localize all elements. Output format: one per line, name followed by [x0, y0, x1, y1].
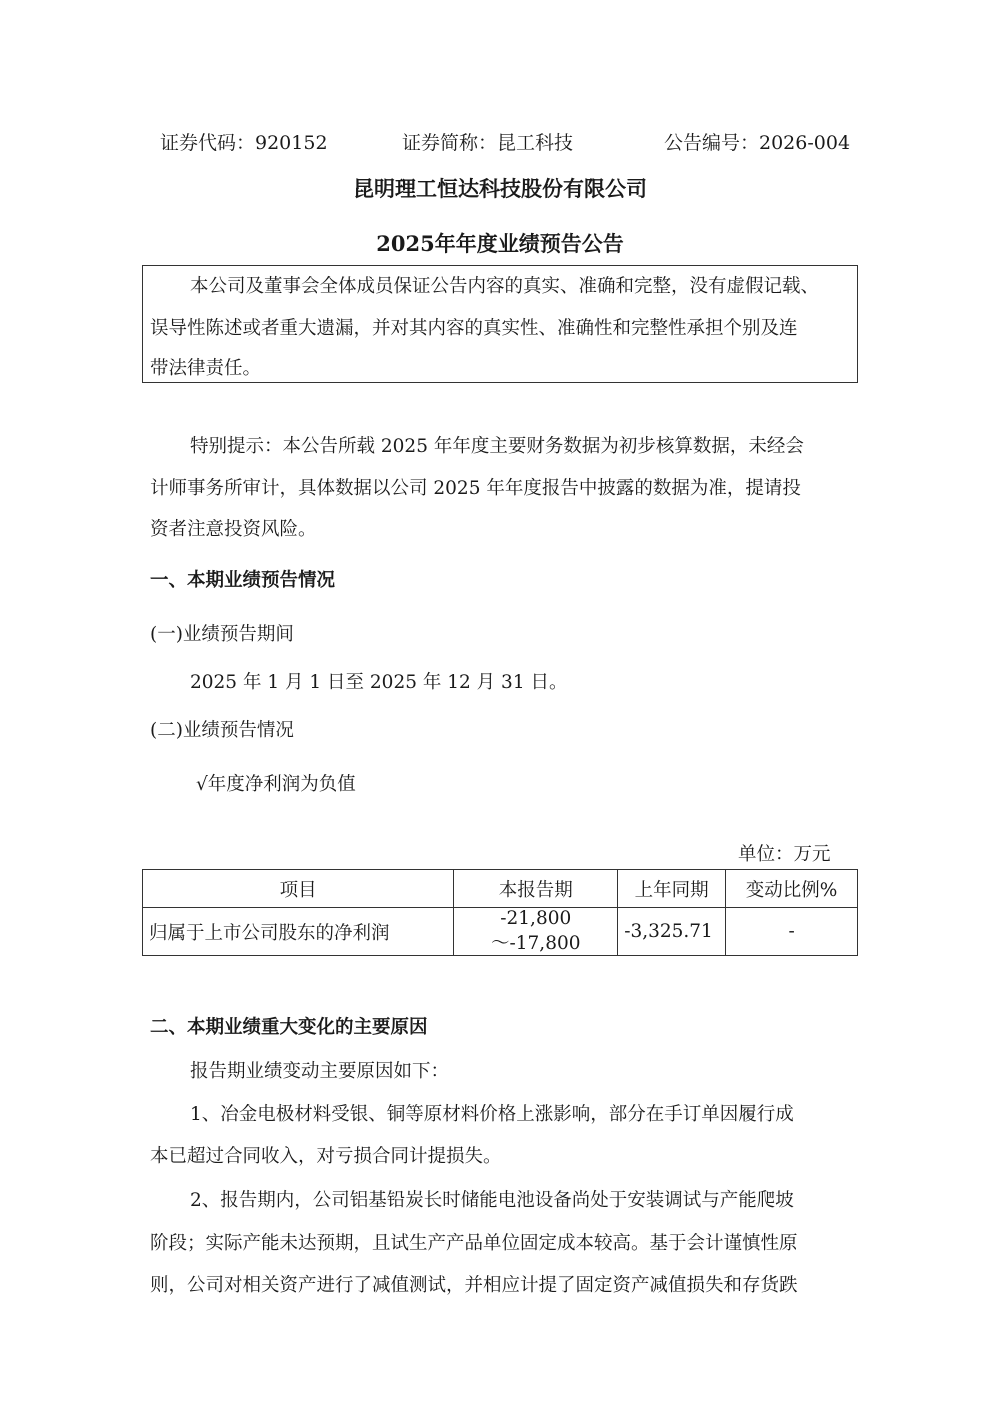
special-tip-line: 资者注意投资风险。	[150, 515, 317, 541]
security-name: 证券简称：昆工科技	[402, 128, 573, 155]
special-tip-line: 特别提示：本公告所载 2025 年年度主要财务数据为初步核算数据，未经会	[190, 432, 804, 458]
document-page: 证券代码：920152 证券简称：昆工科技 公告编号：2026-004 昆明理工…	[0, 0, 1000, 1414]
security-code: 证券代码：920152	[160, 128, 328, 155]
document-title: 2025年年度业绩预告公告	[0, 228, 1000, 258]
table-cell: -21,800～-17,800	[454, 908, 618, 956]
table-cell: 归属于上市公司股东的净利润	[143, 908, 454, 956]
reason2-line: 阶段；实际产能未达预期，且试生产产品单位固定成本较高。基于会计谨慎性原	[150, 1229, 798, 1255]
notice-line: 本公司及董事会全体成员保证公告内容的真实、准确和完整，没有虚假记载、	[190, 272, 819, 298]
check-item: √年度净利润为负值	[196, 770, 356, 796]
forecast-situation-subheading: (二)业绩预告情况	[150, 716, 294, 742]
reason1-line: 本已超过合同收入，对亏损合同计提损失。	[150, 1142, 502, 1168]
forecast-period: 2025 年 1 月 1 日至 2025 年 12 月 31 日。	[190, 668, 567, 694]
company-title: 昆明理工恒达科技股份有限公司	[0, 173, 1000, 203]
notice-line: 带法律责任。	[150, 354, 261, 380]
unit-label: 单位：万元	[738, 840, 831, 866]
financial-table: 项目 本报告期 上年同期 变动比例% 归属于上市公司股东的净利润 -21,800…	[142, 869, 858, 956]
forecast-period-subheading: (一)业绩预告期间	[150, 620, 294, 646]
reason2-line: 2、报告期内，公司铝基铅炭长时储能电池设备尚处于安装调试与产能爬坡	[190, 1186, 794, 1212]
section2-heading: 二、本期业绩重大变化的主要原因	[150, 1013, 428, 1039]
table-header: 项目	[143, 870, 454, 908]
reason1-line: 1、冶金电极材料受银、铜等原材料价格上涨影响，部分在手订单因履行成	[190, 1100, 794, 1126]
table-cell: -	[726, 908, 858, 956]
announcement-number: 公告编号：2026-004	[664, 128, 850, 155]
table-header: 本报告期	[454, 870, 618, 908]
reasons-intro: 报告期业绩变动主要原因如下：	[190, 1057, 449, 1083]
section1-heading: 一、本期业绩预告情况	[150, 566, 335, 592]
table-cell: -3,325.71	[618, 908, 726, 956]
table-header: 上年同期	[618, 870, 726, 908]
table-row: 归属于上市公司股东的净利润 -21,800～-17,800 -3,325.71 …	[143, 908, 858, 956]
special-tip-line: 计师事务所审计，具体数据以公司 2025 年年度报告中披露的数据为准，提请投	[150, 474, 801, 500]
table-header-row: 项目 本报告期 上年同期 变动比例%	[143, 870, 858, 908]
reason2-line: 则，公司对相关资产进行了减值测试，并相应计提了固定资产减值损失和存货跌	[150, 1271, 798, 1297]
notice-line: 误导性陈述或者重大遗漏，并对其内容的真实性、准确性和完整性承担个别及连	[150, 314, 798, 340]
table-header: 变动比例%	[726, 870, 858, 908]
